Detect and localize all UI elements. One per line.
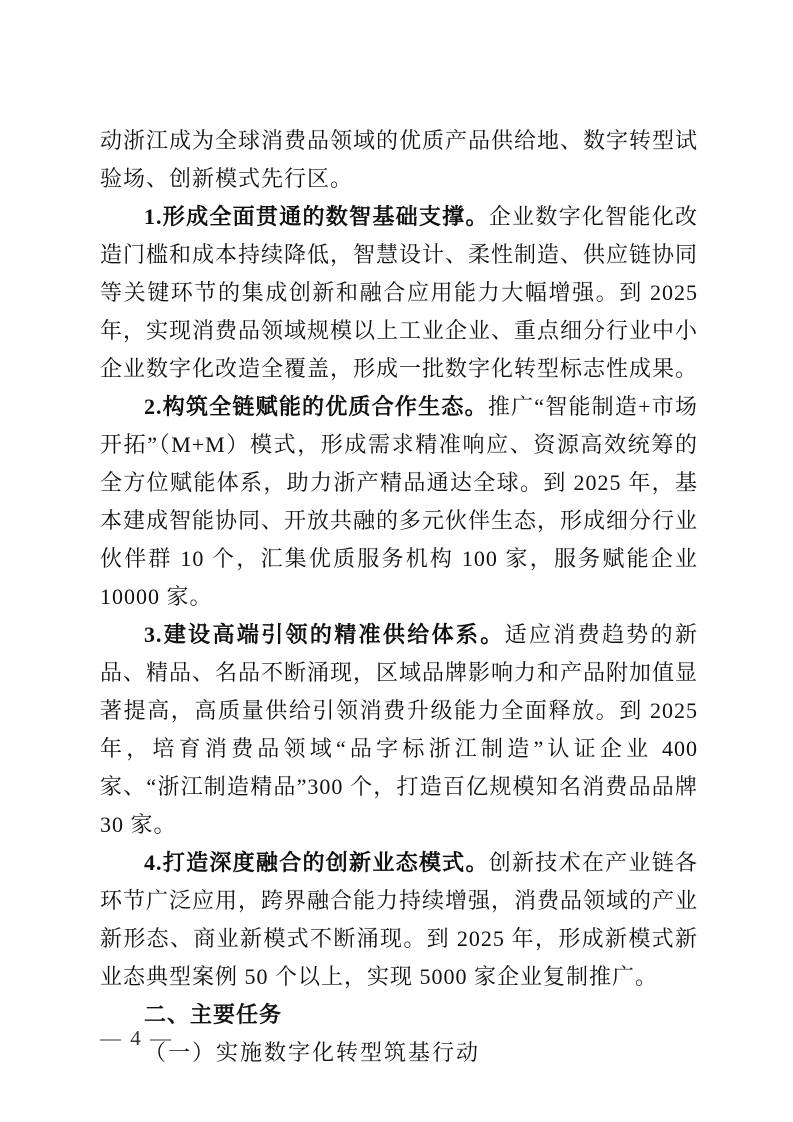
paragraph-2-body: 推广“智能制造+市场开拓”（M+M）模式，形成需求精准响应、资源高效统筹的全方位…	[100, 394, 698, 609]
subsection-heading-digital-transformation-action: （一）实施数字化转型筑基行动	[100, 1034, 698, 1072]
paragraph-3-lead: 3.建设高端引领的精准供给体系。	[144, 622, 505, 647]
paragraph-continuation: 动浙江成为全球消费品领域的优质产品供给地、数字转型试验场、创新模式先行区。	[100, 122, 698, 198]
paragraph-4-lead: 4.打造深度融合的创新业态模式。	[144, 850, 489, 875]
paragraph-2-lead: 2.构筑全链赋能的优质合作生态。	[144, 394, 488, 419]
paragraph-1-lead: 1.形成全面贯通的数智基础支撑。	[144, 204, 489, 229]
paragraph-3-body: 适应消费趋势的新品、精品、名品不断涌现，区域品牌影响力和产品附加值显著提高，高质…	[100, 622, 698, 837]
numbered-paragraph-3: 3.建设高端引领的精准供给体系。适应消费趋势的新品、精品、名品不断涌现，区域品牌…	[100, 616, 698, 844]
numbered-paragraph-1: 1.形成全面贯通的数智基础支撑。企业数字化智能化改造门槛和成本持续降低，智慧设计…	[100, 198, 698, 388]
paragraph-1-body: 企业数字化智能化改造门槛和成本持续降低，智慧设计、柔性制造、供应链协同等关键环节…	[100, 204, 698, 381]
document-body: 动浙江成为全球消费品领域的优质产品供给地、数字转型试验场、创新模式先行区。 1.…	[100, 122, 698, 1072]
document-page: 动浙江成为全球消费品领域的优质产品供给地、数字转型试验场、创新模式先行区。 1.…	[0, 0, 793, 1122]
numbered-paragraph-2: 2.构筑全链赋能的优质合作生态。推广“智能制造+市场开拓”（M+M）模式，形成需…	[100, 388, 698, 616]
section-heading-main-tasks: 二、主要任务	[100, 996, 698, 1034]
numbered-paragraph-4: 4.打造深度融合的创新业态模式。创新技术在产业链各环节广泛应用，跨界融合能力持续…	[100, 844, 698, 996]
page-number: — 4 —	[100, 1026, 173, 1051]
